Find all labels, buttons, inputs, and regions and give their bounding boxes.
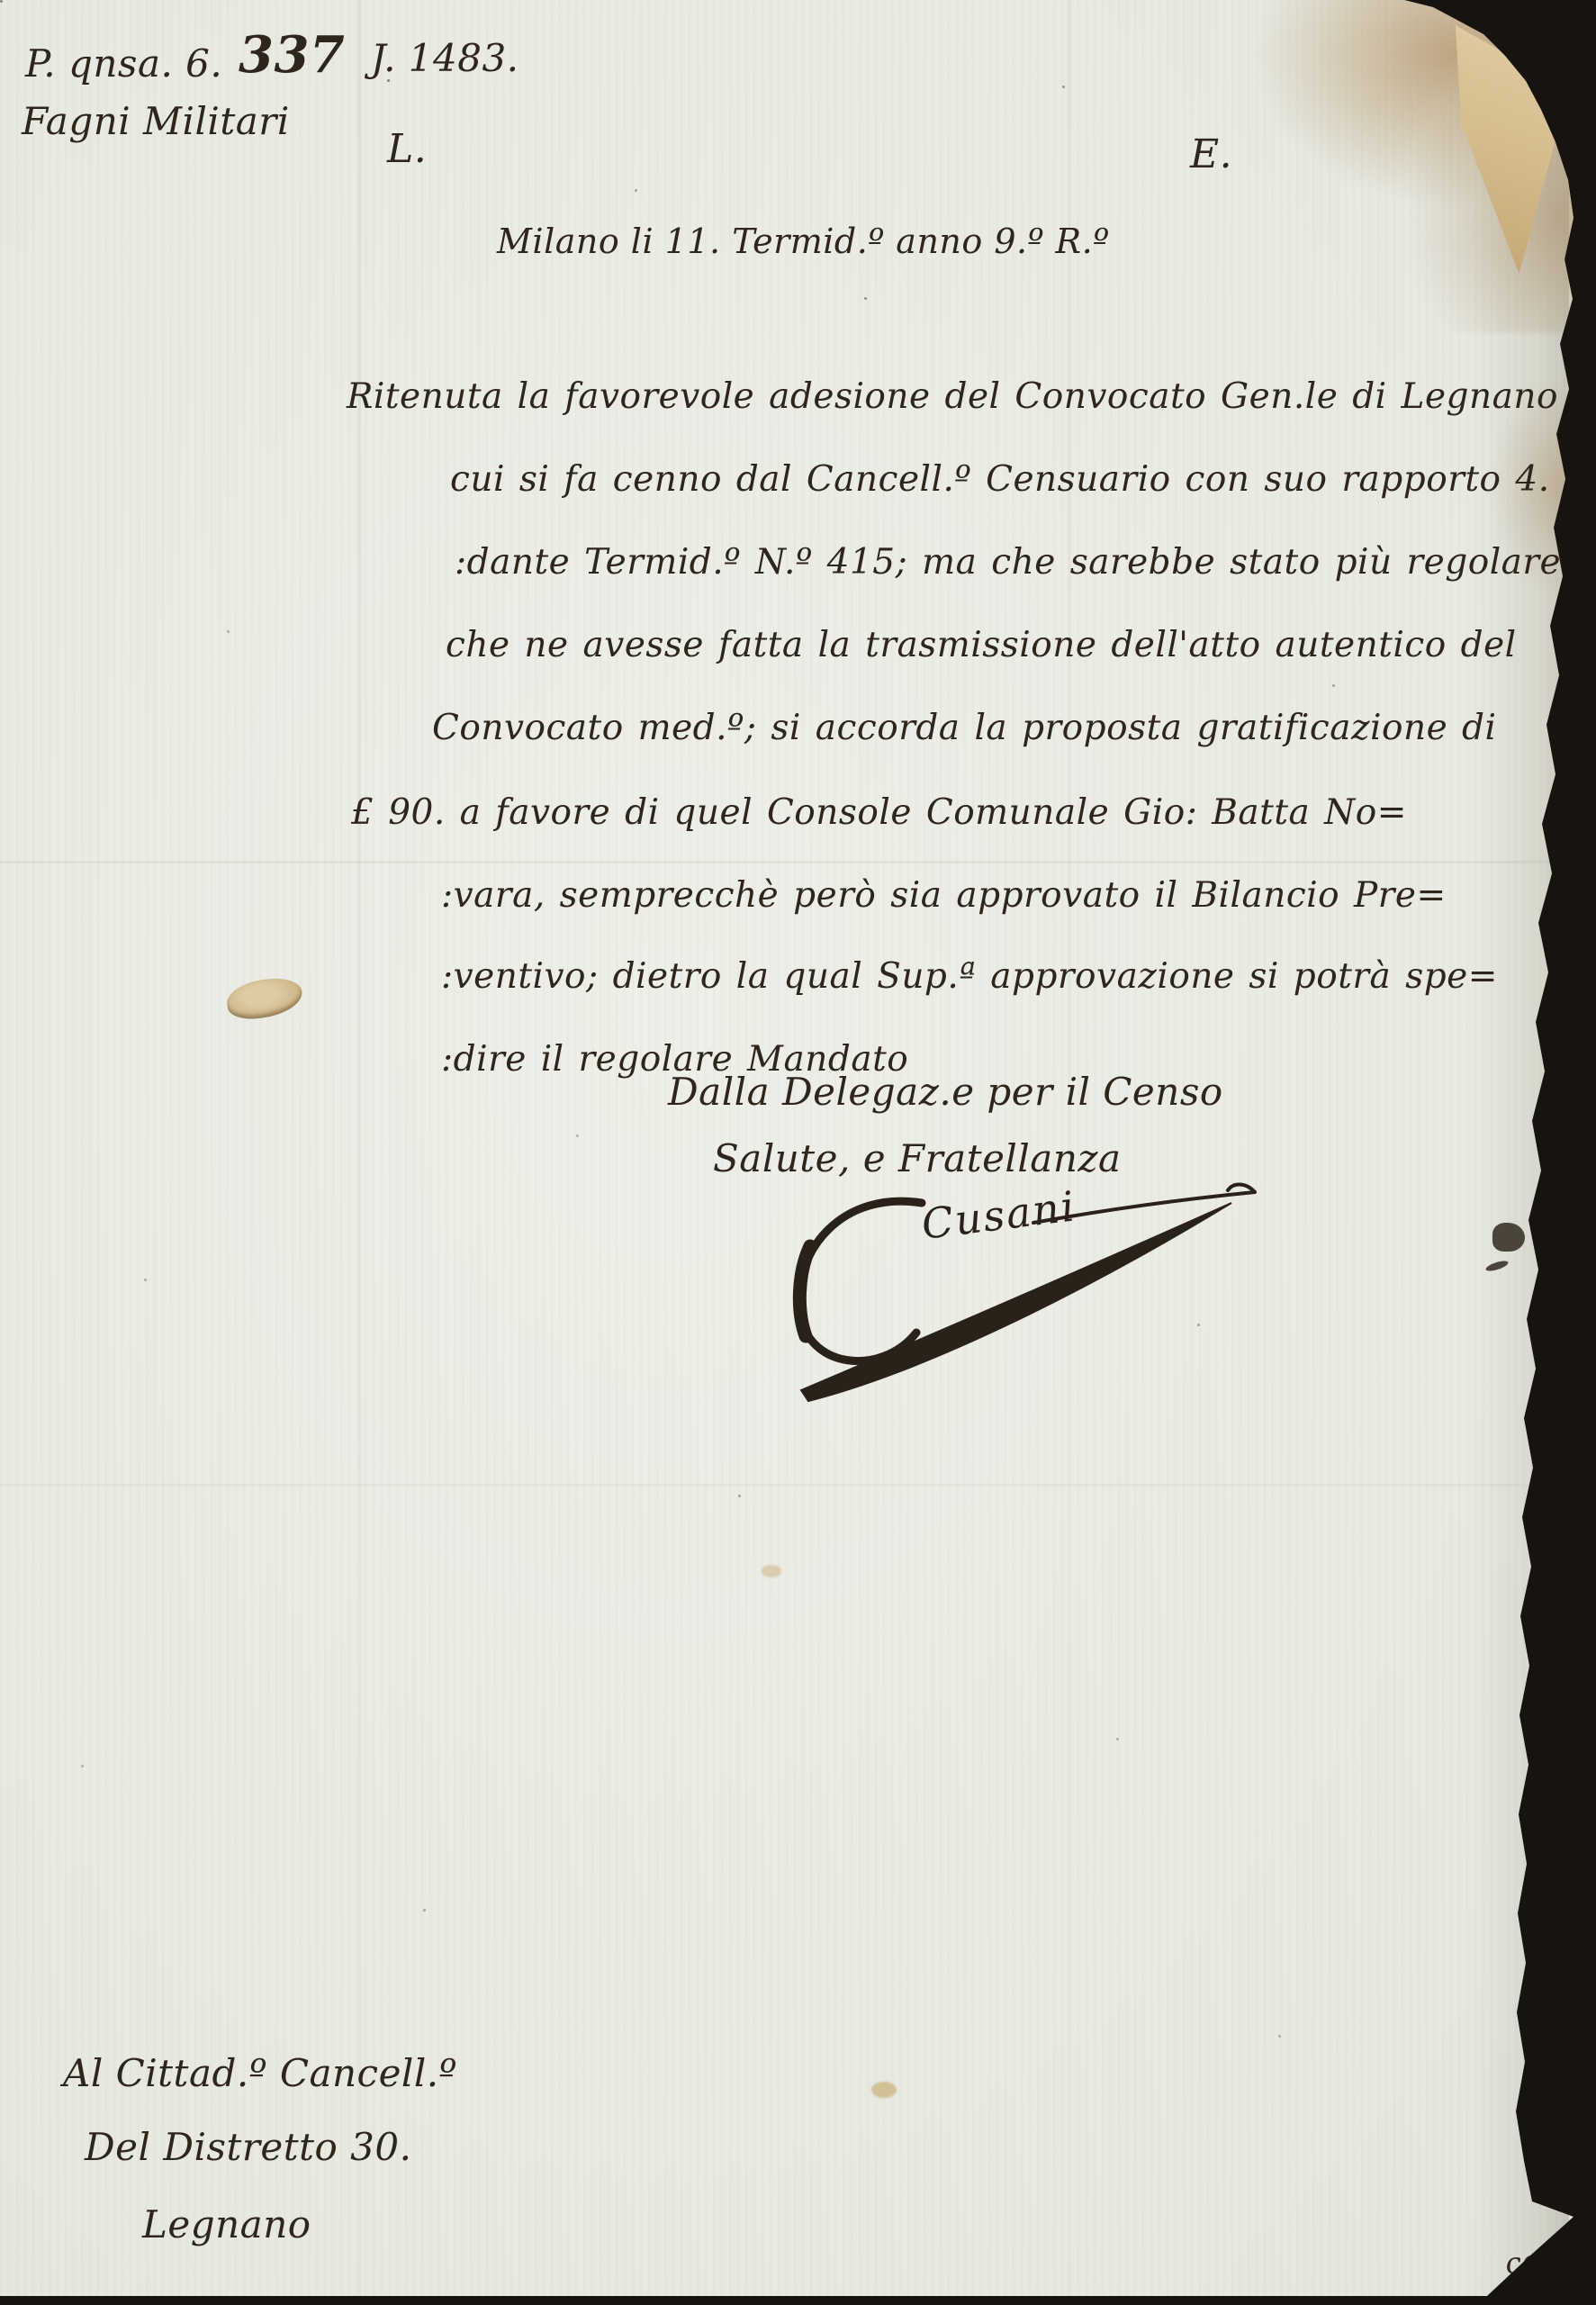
file-number: J. 1483.	[371, 36, 519, 80]
address-city: Legnano	[142, 2202, 311, 2246]
body-line: :vara, semprecchè però sia approvato il …	[441, 875, 1447, 916]
letter-mark-e: E.	[1190, 131, 1232, 177]
body-line: Convocato med.º; si accorda la proposta …	[432, 708, 1496, 748]
fold-crease	[0, 1484, 1596, 1487]
fold-crease	[358, 0, 361, 2305]
letter-mark-l: L.	[387, 126, 427, 172]
body-line: £ 90. a favore di quel Console Comunale …	[351, 792, 1407, 833]
corner-annotation: coll	[1503, 2241, 1561, 2282]
body-line: :dante Termid.º N.º 415; ma che sarebbe …	[455, 542, 1561, 583]
address-recipient: Al Cittad.º Cancell.º	[63, 2051, 457, 2095]
body-line: Ritenuta la favorevole adesione del Conv…	[347, 376, 1596, 417]
signature-flourish: Cusani	[745, 1167, 1321, 1437]
torn-edge-shadow	[1470, 0, 1569, 2305]
letter-paper: P. qnsa. 6. 337 J. 1483. Fagni Militari …	[0, 0, 1596, 2305]
stain-middle	[762, 1565, 781, 1577]
document-scan: P. qnsa. 6. 337 J. 1483. Fagni Militari …	[0, 0, 1596, 2305]
dateline: Milano li 11. Termid.º anno 9.º R.º	[497, 221, 1110, 261]
body-line: :ventivo; dietro la qual Sup.ª approvazi…	[441, 956, 1498, 997]
stain-left	[225, 975, 304, 1022]
protocol-number: 337	[239, 25, 345, 85]
signature-block: Cusani	[745, 1167, 1321, 1437]
protocol-reference: P. qnsa. 6.	[25, 41, 222, 86]
signature-name: Cusani	[919, 1181, 1079, 1249]
closing-office-line: Dalla Delegaz.e per il Censo	[668, 1070, 1223, 1114]
subject-heading: Fagni Militari	[22, 99, 290, 143]
paper-specks	[0, 0, 3, 3]
stain-bottom	[871, 2082, 897, 2098]
body-line: che ne avesse fatta la trasmissione dell…	[446, 625, 1517, 665]
address-district: Del Distretto 30.	[85, 2125, 411, 2169]
fold-crease	[0, 861, 1596, 863]
body-line: cui si fa cenno dal Cancell.º Censuario …	[450, 459, 1596, 500]
